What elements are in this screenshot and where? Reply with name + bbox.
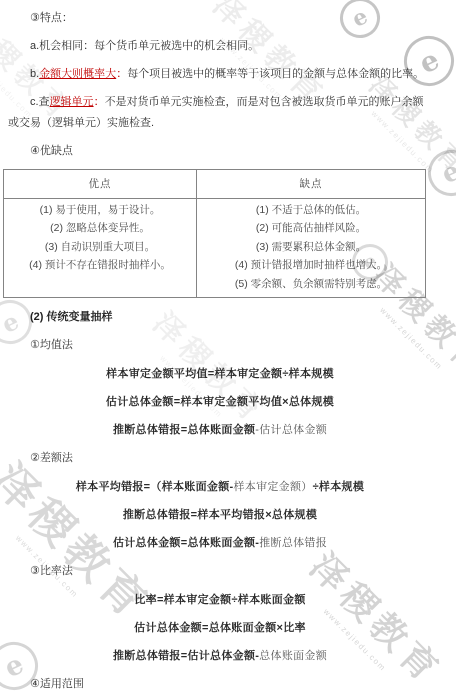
feature-b-prefix: b. (30, 68, 39, 80)
advantage-item: (4) 预计不存在错报时抽样小。 (6, 256, 194, 274)
formula-mean-1: 样本审定金额平均值=样本审定金额÷样本规模 (8, 364, 432, 385)
advantage-item: (3) 自动识别重大项目。 (6, 238, 194, 256)
disadvantage-item: (2) 可能高估抽样风险。 (199, 219, 423, 237)
pros-cons-table: 优点 缺点 (1) 易于使用，易于设计。 (2) 忽略总体变异性。 (3) 自动… (3, 169, 426, 298)
feature-c-prefix: c.查 (30, 96, 50, 108)
feature-item-a: a.机会相同：每个货币单元被选中的机会相同。 (8, 36, 432, 57)
disadvantages-header: 缺点 (197, 170, 426, 199)
table-body-row: (1) 易于使用，易于设计。 (2) 忽略总体变异性。 (3) 自动识别重大项目… (4, 199, 426, 298)
advantages-header: 优点 (4, 170, 197, 199)
features-heading: ③特点： (8, 8, 432, 29)
feature-item-c: c.查逻辑单元：不是对货币单元实施检查，而是对包含被选取货币单元的账户余额或交易… (8, 92, 432, 134)
formula-segment: 样本审定金额平均值=样本审定金额÷样本规模 (106, 368, 334, 380)
formula-ratio-2: 估计总体金额=总体账面金额×比率 (8, 618, 432, 639)
disadvantage-item: (1) 不适于总体的低估。 (199, 201, 423, 219)
formula-segment: 估计总体金额=总体账面金额×比率 (134, 622, 306, 634)
formula-mean-2: 估计总体金额=样本审定金额平均值×总体规模 (8, 392, 432, 413)
advantages-cell: (1) 易于使用，易于设计。 (2) 忽略总体变异性。 (3) 自动识别重大项目… (4, 199, 197, 298)
formula-difference-3: 估计总体金额=总体账面金额-推断总体错报 (8, 533, 432, 554)
formula-segment: 推断总体错报=估计总体金额- (113, 650, 259, 662)
method-mean-label: ①均值法 (8, 335, 432, 356)
feature-b-text: 每个项目被选中的概率等于该项目的金额与总体金额的比率。 (127, 68, 424, 80)
formula-segment: 估计总体金额=总体账面金额- (113, 537, 259, 549)
formula-segment-muted: 样本审定金额） (233, 481, 312, 493)
document-page: e e e e e e 泽稷教育 www.zejiedu.com 泽稷教育 ww… (0, 0, 456, 695)
formula-segment: 推断总体错报=总体账面金额 (113, 424, 255, 436)
formula-segment: 推断总体错报=样本平均错报×总体规模 (123, 509, 317, 521)
formula-ratio-1: 比率=样本审定金额÷样本账面金额 (8, 590, 432, 611)
feature-b-highlight: 金额大则概率大 (39, 68, 116, 80)
formula-segment: 比率=样本审定金额÷样本账面金额 (134, 594, 305, 606)
advantage-item: (2) 忽略总体变异性。 (6, 219, 194, 237)
feature-c-highlight: 逻辑单元 (50, 96, 94, 108)
disadvantage-item: (4) 预计错报增加时抽样也增大。 (199, 256, 423, 274)
disadvantages-cell: (1) 不适于总体的低估。 (2) 可能高估抽样风险。 (3) 需要累积总体金额… (197, 199, 426, 298)
formula-segment-muted: -估计总体金额 (255, 424, 327, 436)
pros-cons-heading: ④优缺点 (8, 141, 432, 162)
document-content: ③特点： a.机会相同：每个货币单元被选中的机会相同。 b.金额大则概率大：每个… (0, 0, 456, 695)
formula-segment: ÷样本规模 (313, 481, 365, 493)
feature-b-colon: ： (116, 68, 127, 80)
disadvantage-item: (3) 需要累积总体金额。 (199, 238, 423, 256)
scope-heading: ④适用范围 (8, 674, 432, 695)
formula-segment: 估计总体金额=样本审定金额平均值×总体规模 (106, 396, 334, 408)
formula-mean-3: 推断总体错报=总体账面金额-估计总体金额 (8, 420, 432, 441)
formula-difference-1: 样本平均错报=（样本账面金额-样本审定金额）÷样本规模 (8, 477, 432, 498)
advantage-item: (1) 易于使用，易于设计。 (6, 201, 194, 219)
formula-segment: 样本平均错报=（样本账面金额- (76, 481, 234, 493)
table-header-row: 优点 缺点 (4, 170, 426, 199)
formula-difference-2: 推断总体错报=样本平均错报×总体规模 (8, 505, 432, 526)
section-heading-traditional-variable-sampling: (2) 传统变量抽样 (8, 307, 432, 328)
feature-item-b: b.金额大则概率大：每个项目被选中的概率等于该项目的金额与总体金额的比率。 (8, 64, 432, 85)
method-difference-label: ②差额法 (8, 448, 432, 469)
feature-c-colon: ： (94, 96, 105, 108)
method-ratio-label: ③比率法 (8, 561, 432, 582)
formula-segment-muted: 总体账面金额 (259, 650, 327, 662)
formula-ratio-3: 推断总体错报=估计总体金额-总体账面金额 (8, 646, 432, 667)
pros-cons-table-wrap: 优点 缺点 (1) 易于使用，易于设计。 (2) 忽略总体变异性。 (3) 自动… (3, 169, 432, 298)
disadvantage-item: (5) 零余额、负余额需特别考虑。 (199, 275, 423, 293)
formula-segment-muted: 推断总体错报 (259, 537, 327, 549)
